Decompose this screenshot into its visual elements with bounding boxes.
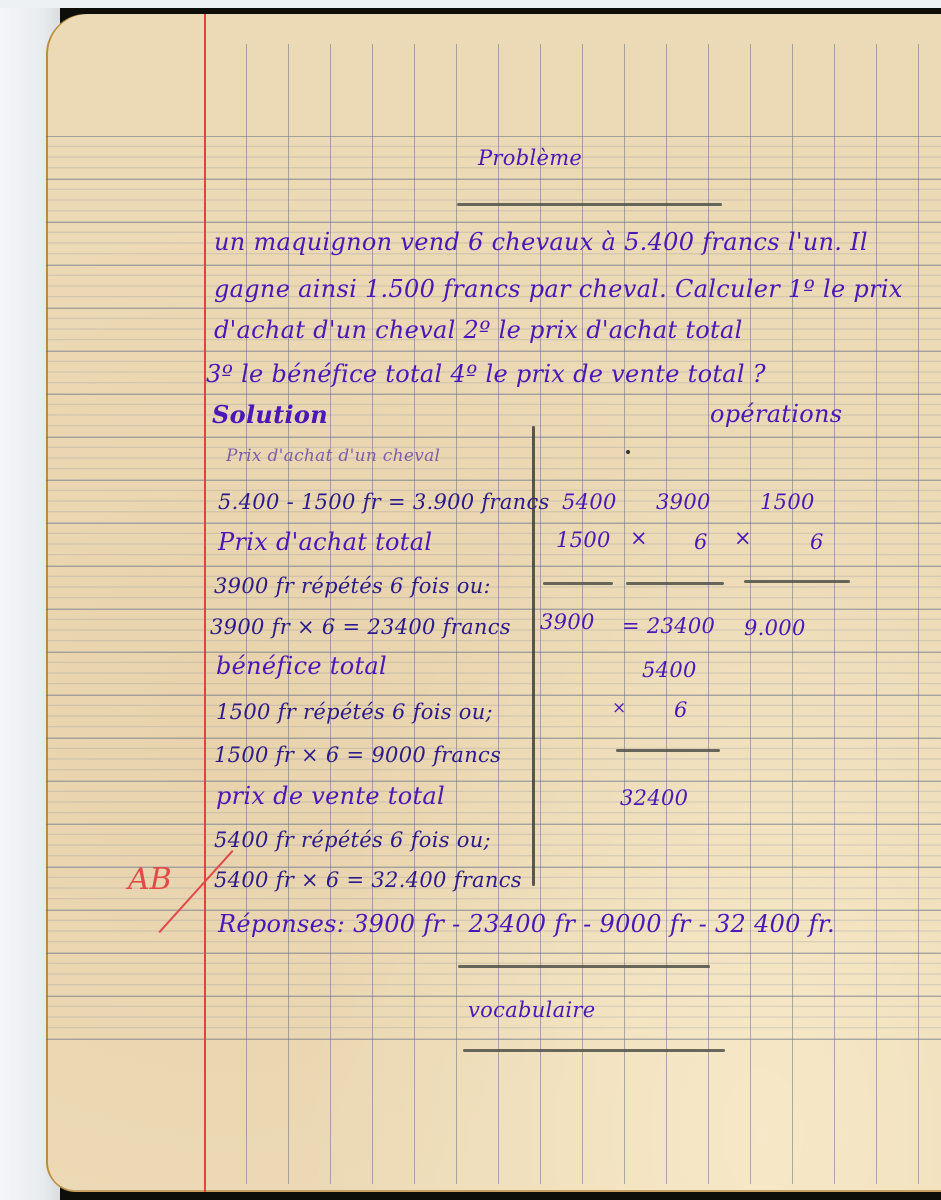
grade-mark: AB [128, 862, 172, 897]
op3-rule [744, 580, 850, 583]
title-underline [457, 203, 722, 206]
op2-sign: × [630, 526, 648, 550]
problem-line-4: 3º le bénéfice total 4º le prix de vente… [206, 360, 766, 388]
op2-bottom: 6 [694, 530, 708, 554]
answers-underline [458, 965, 710, 968]
op1-result: 3900 [540, 610, 595, 634]
answers-line: Réponses: 3900 fr - 23400 fr - 9000 fr -… [218, 910, 835, 938]
op2-result: = 23400 [622, 614, 715, 638]
problem-line-3: d'achat d'un cheval 2º le prix d'achat t… [214, 316, 743, 344]
solution-line-8: 1500 fr × 6 = 9000 francs [214, 743, 501, 767]
op3-result: 9.000 [744, 616, 806, 640]
op3-sign: × [734, 526, 752, 550]
solution-line-7: 1500 fr répétés 6 fois ou; [216, 700, 493, 724]
solution-line-9: prix de vente total [216, 782, 445, 810]
solution-label: Solution [212, 400, 328, 429]
scan-background-top [0, 0, 941, 8]
op4-rule [616, 749, 720, 752]
op2-top: 3900 [656, 490, 711, 514]
page-title: Problème [478, 146, 582, 170]
problem-line-2: gagne ainsi 1.500 francs par cheval. Cal… [214, 275, 903, 303]
op3-top: 1500 [760, 490, 815, 514]
section-title-vocabulaire: vocabulaire [468, 998, 595, 1022]
op3-bottom: 6 [810, 530, 824, 554]
vocabulaire-underline [463, 1049, 725, 1052]
red-margin-line [204, 14, 206, 1192]
solution-line-11: 5400 fr × 6 = 32.400 francs [214, 868, 522, 892]
ink-dot [626, 450, 630, 454]
op2-rule [626, 582, 724, 585]
op4-top: 5400 [642, 658, 697, 682]
solution-line-2: 5.400 - 1500 fr = 3.900 francs [218, 490, 550, 514]
solution-line-3: Prix d'achat total [218, 528, 432, 556]
solution-line-6: bénéfice total [216, 652, 387, 680]
solution-line-1: Prix d'achat d'un cheval [226, 446, 440, 466]
problem-line-1: un maquignon vend 6 chevaux à 5.400 fran… [214, 228, 868, 256]
solution-line-4: 3900 fr répétés 6 fois ou: [214, 574, 491, 598]
operations-label: opérations [710, 400, 842, 428]
op1-rule [543, 582, 613, 585]
solution-line-10: 5400 fr répétés 6 fois ou; [214, 828, 491, 852]
solution-line-5: 3900 fr × 6 = 23400 francs [210, 615, 511, 639]
op4-sign: × [612, 698, 627, 718]
op4-bottom: 6 [674, 698, 688, 722]
op4-result: 32400 [620, 786, 688, 810]
op1-bottom: 1500 [556, 528, 611, 552]
op1-top: 5400 [562, 490, 617, 514]
